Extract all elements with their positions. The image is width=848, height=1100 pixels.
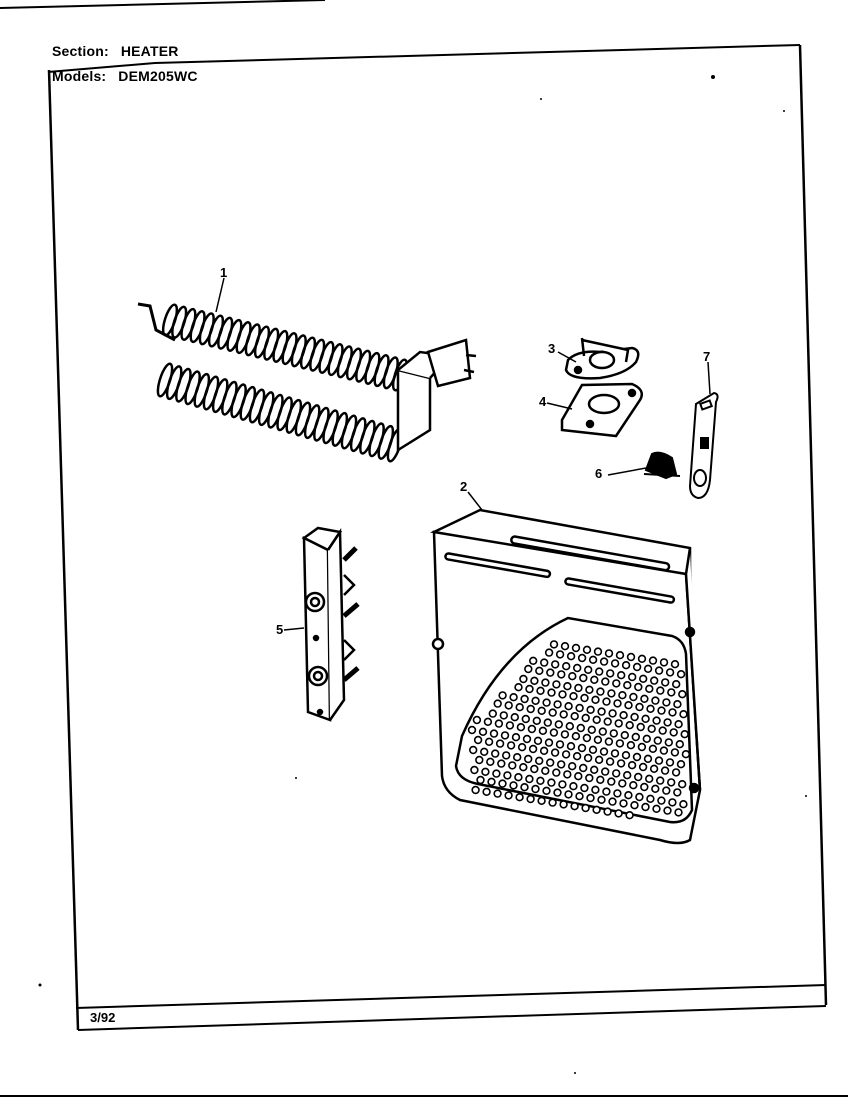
section-value: HEATER [121,43,179,59]
date-code: 3/92 [90,1010,115,1025]
callout-6: 6 [595,466,602,481]
terminal-block-drawing [304,528,358,720]
callout-3: 3 [548,341,555,356]
callout-1: 1 [220,265,227,280]
thermal-fuse-drawing [644,453,680,478]
section-header: Section:HEATER [52,43,179,59]
gasket-drawing [562,384,642,436]
callout-7: 7 [703,349,710,364]
callout-2: 2 [460,479,467,494]
bracket-drawing [690,393,718,498]
models-header: Models:DEM205WC [52,68,198,84]
thermostat-drawing [566,338,638,378]
housing-drawing [433,510,700,843]
section-label: Section: [52,43,109,59]
models-label: Models: [52,68,106,84]
callout-5: 5 [276,622,283,637]
heater-element-drawing [138,303,476,462]
parts-diagram [0,0,848,1100]
callout-4: 4 [539,394,546,409]
models-value: DEM205WC [118,68,197,84]
